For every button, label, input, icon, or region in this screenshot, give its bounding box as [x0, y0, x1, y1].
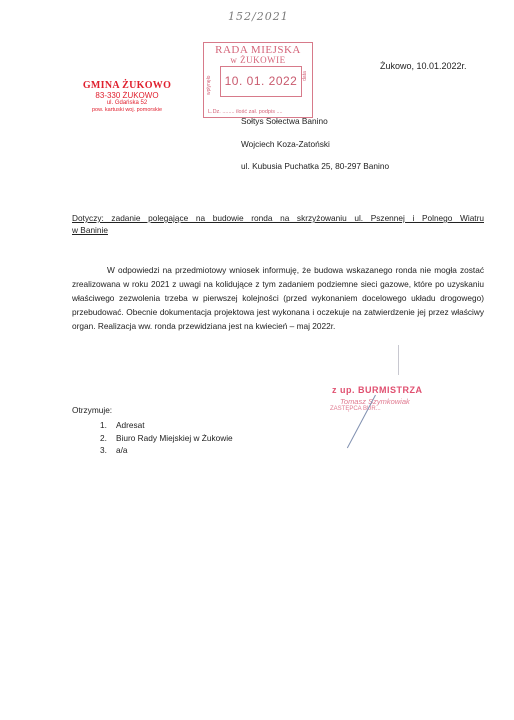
stamp-date-box: 10. 01. 2022 — [220, 66, 302, 97]
list-item: 1.Adresat — [100, 420, 233, 433]
municipality-region: pow. kartuski woj. pomorskie — [82, 107, 172, 114]
recipients-list: 1.Adresat 2.Biuro Rady Miejskiej w Żukow… — [100, 420, 233, 458]
stamp-received-label: wpłynęło — [206, 76, 212, 95]
stamp-footer: L.Dz. ........ ilość zał. podpis .... — [208, 109, 283, 115]
list-number: 1. — [100, 420, 116, 430]
city-council-receipt-stamp: RADA MIEJSKA w ŻUKOWIE 10. 01. 2022 wpły… — [203, 42, 313, 118]
signatory-name: Tomasz Szymkowiak — [340, 397, 440, 406]
subject-line-continuation: w Baninie — [72, 225, 108, 235]
list-text: a/a — [116, 445, 128, 455]
stamp-council-city: w ŻUKOWIE — [204, 55, 312, 65]
municipality-name: GMINA ŻUKOWO — [82, 80, 172, 91]
signature-authority: z up. BURMISTRZA — [332, 385, 440, 395]
list-number: 3. — [100, 445, 116, 455]
signature-stamp: z up. BURMISTRZA Tomasz Szymkowiak ZASTĘ… — [330, 385, 440, 412]
recipients-label: Otrzymuje: — [72, 405, 112, 415]
stamp-date-label: data — [302, 71, 308, 81]
addressee-name: Wojciech Koza-Zatoński — [241, 139, 330, 149]
list-text: Adresat — [116, 420, 145, 430]
municipality-street: ul. Gdańska 52 — [82, 100, 172, 107]
signature-stroke — [398, 345, 399, 375]
list-item: 3.a/a — [100, 445, 233, 458]
letter-body-text: W odpowiedzi na przedmiotowy wniosek inf… — [72, 265, 484, 331]
handwritten-reference-number: 152/2021 — [228, 10, 289, 23]
list-item: 2.Biuro Rady Miejskiej w Żukowie — [100, 433, 233, 446]
subject-line: Dotyczy: zadanie polegające na budowie r… — [72, 211, 484, 225]
letter-body: W odpowiedzi na przedmiotowy wniosek inf… — [72, 264, 484, 334]
municipality-stamp: GMINA ŻUKOWO 83-330 ŻUKOWO ul. Gdańska 5… — [82, 80, 172, 114]
signatory-title: ZASTĘPCA BUR... — [330, 406, 440, 412]
stamp-received-date: 10. 01. 2022 — [221, 74, 301, 88]
list-number: 2. — [100, 433, 116, 443]
place-and-date: Żukowo, 10.01.2022r. — [380, 61, 467, 71]
municipality-postal: 83-330 ŻUKOWO — [82, 91, 172, 100]
list-text: Biuro Rady Miejskiej w Żukowie — [116, 433, 233, 443]
addressee-title: Sołtys Sołectwa Banino — [241, 116, 328, 126]
addressee-address: ul. Kubusia Puchatka 25, 80-297 Banino — [241, 161, 389, 171]
